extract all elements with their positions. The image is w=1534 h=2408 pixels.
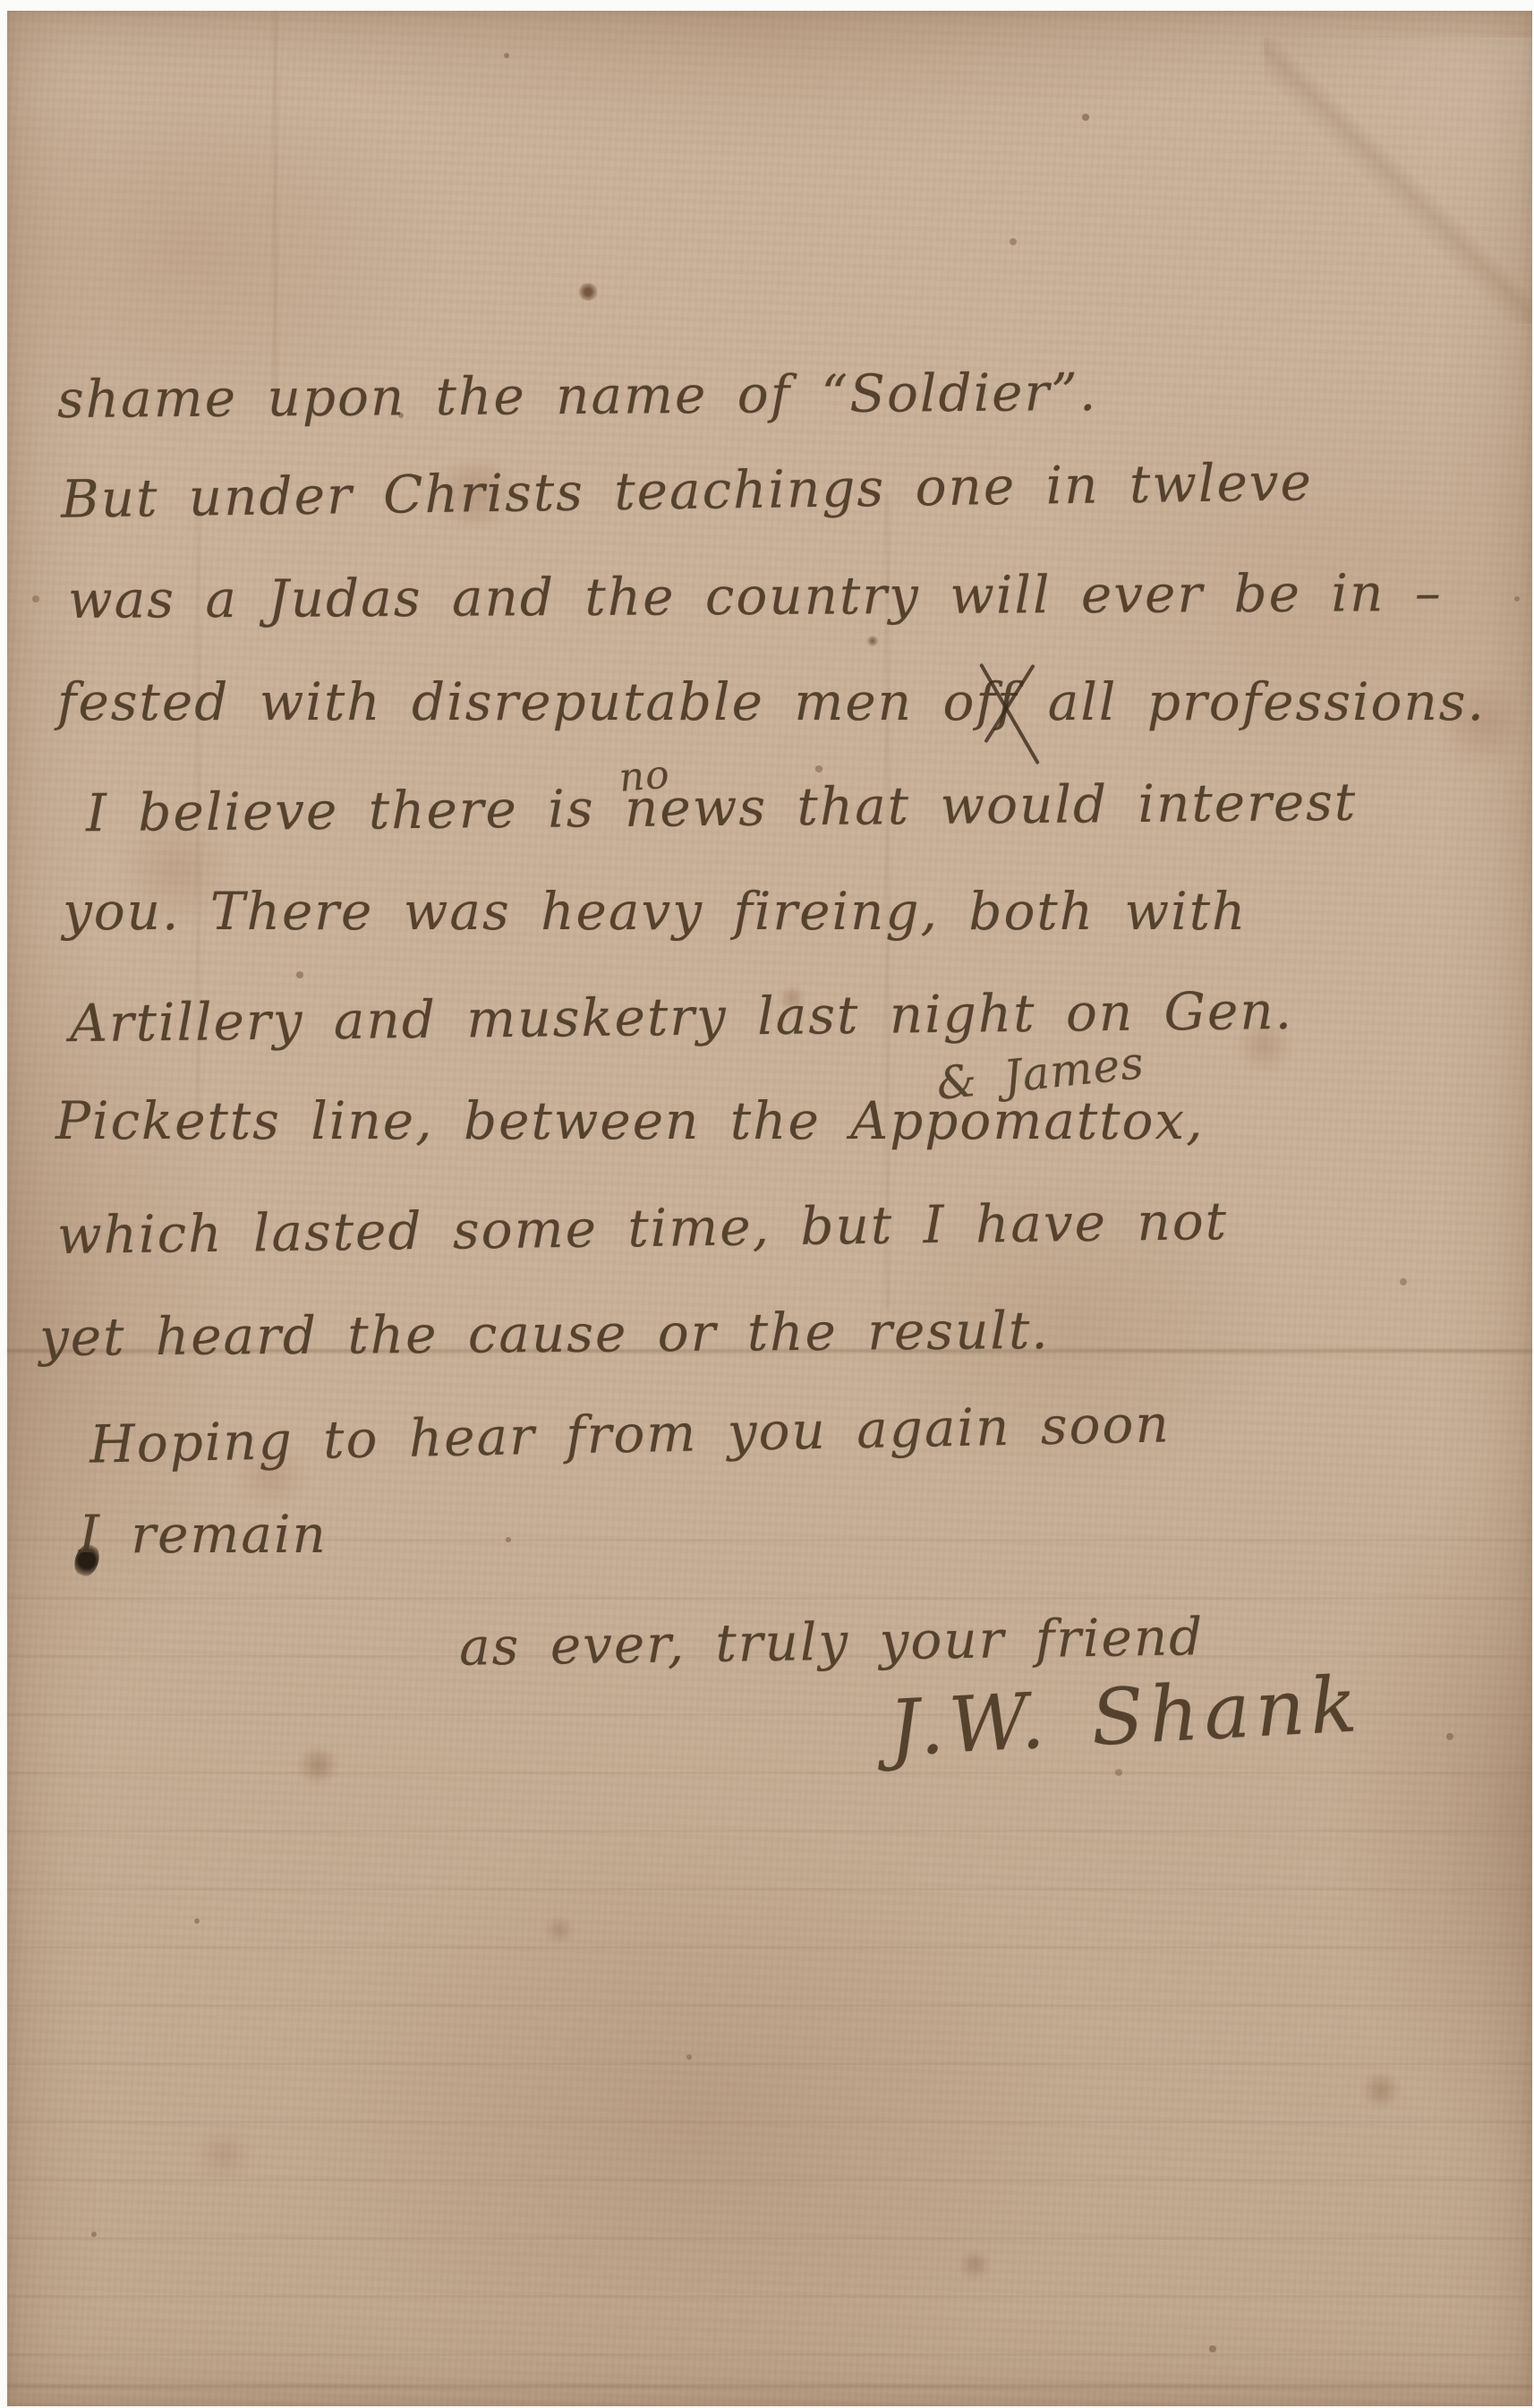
- letter-line-10: yet heard the cause or the result.: [39, 1300, 1050, 1368]
- letter-line-5-after: news that would interest: [625, 772, 1358, 839]
- letter-line-8: Picketts line, between the Appomattox,& …: [55, 1090, 1205, 1151]
- letter-line-13: as ever, truly your friend: [459, 1606, 1205, 1678]
- stain: [1360, 2073, 1402, 2107]
- stain: [195, 2132, 252, 2177]
- letter-page: shame upon the name of “Soldier”. But un…: [7, 11, 1532, 2406]
- letter-line-1: shame upon the name of “Soldier”.: [57, 362, 1098, 430]
- corner-fold-shading: [1264, 38, 1532, 324]
- letter-line-5: I believe there is nonews that would int…: [86, 772, 1358, 843]
- speckles: [7, 11, 11, 14]
- letter-line-4-after: all professions.: [1018, 671, 1486, 732]
- letter-line-6: you. There was heavy fireing, both with: [63, 881, 1247, 942]
- letter-line-12: I remain: [79, 1504, 328, 1565]
- letter-line-2: But under Christs teachings one in twlev…: [61, 451, 1314, 530]
- inserted-word-no: no: [618, 752, 672, 801]
- stain: [958, 2250, 992, 2279]
- letter-line-4-before: fested with disreputable men of: [57, 671, 997, 732]
- letter-line-11: Hoping to hear from you again soon: [89, 1393, 1171, 1474]
- stain: [295, 1747, 340, 1783]
- letter-line-3: was a Judas and the country will ever be…: [68, 562, 1443, 630]
- fold-crease-horizontal: [7, 2385, 1532, 2389]
- fold-crease-vertical: [274, 11, 277, 396]
- letter-line-4: fested with disreputable men off all pro…: [57, 671, 1486, 732]
- struck-letter-f: f: [997, 671, 1018, 732]
- stain: [866, 636, 879, 646]
- stain: [578, 283, 598, 301]
- letter-line-5-before: I believe there is: [86, 778, 626, 843]
- letter-line-9: which lasted some time, but I have not: [57, 1191, 1229, 1266]
- stain: [544, 1917, 575, 1943]
